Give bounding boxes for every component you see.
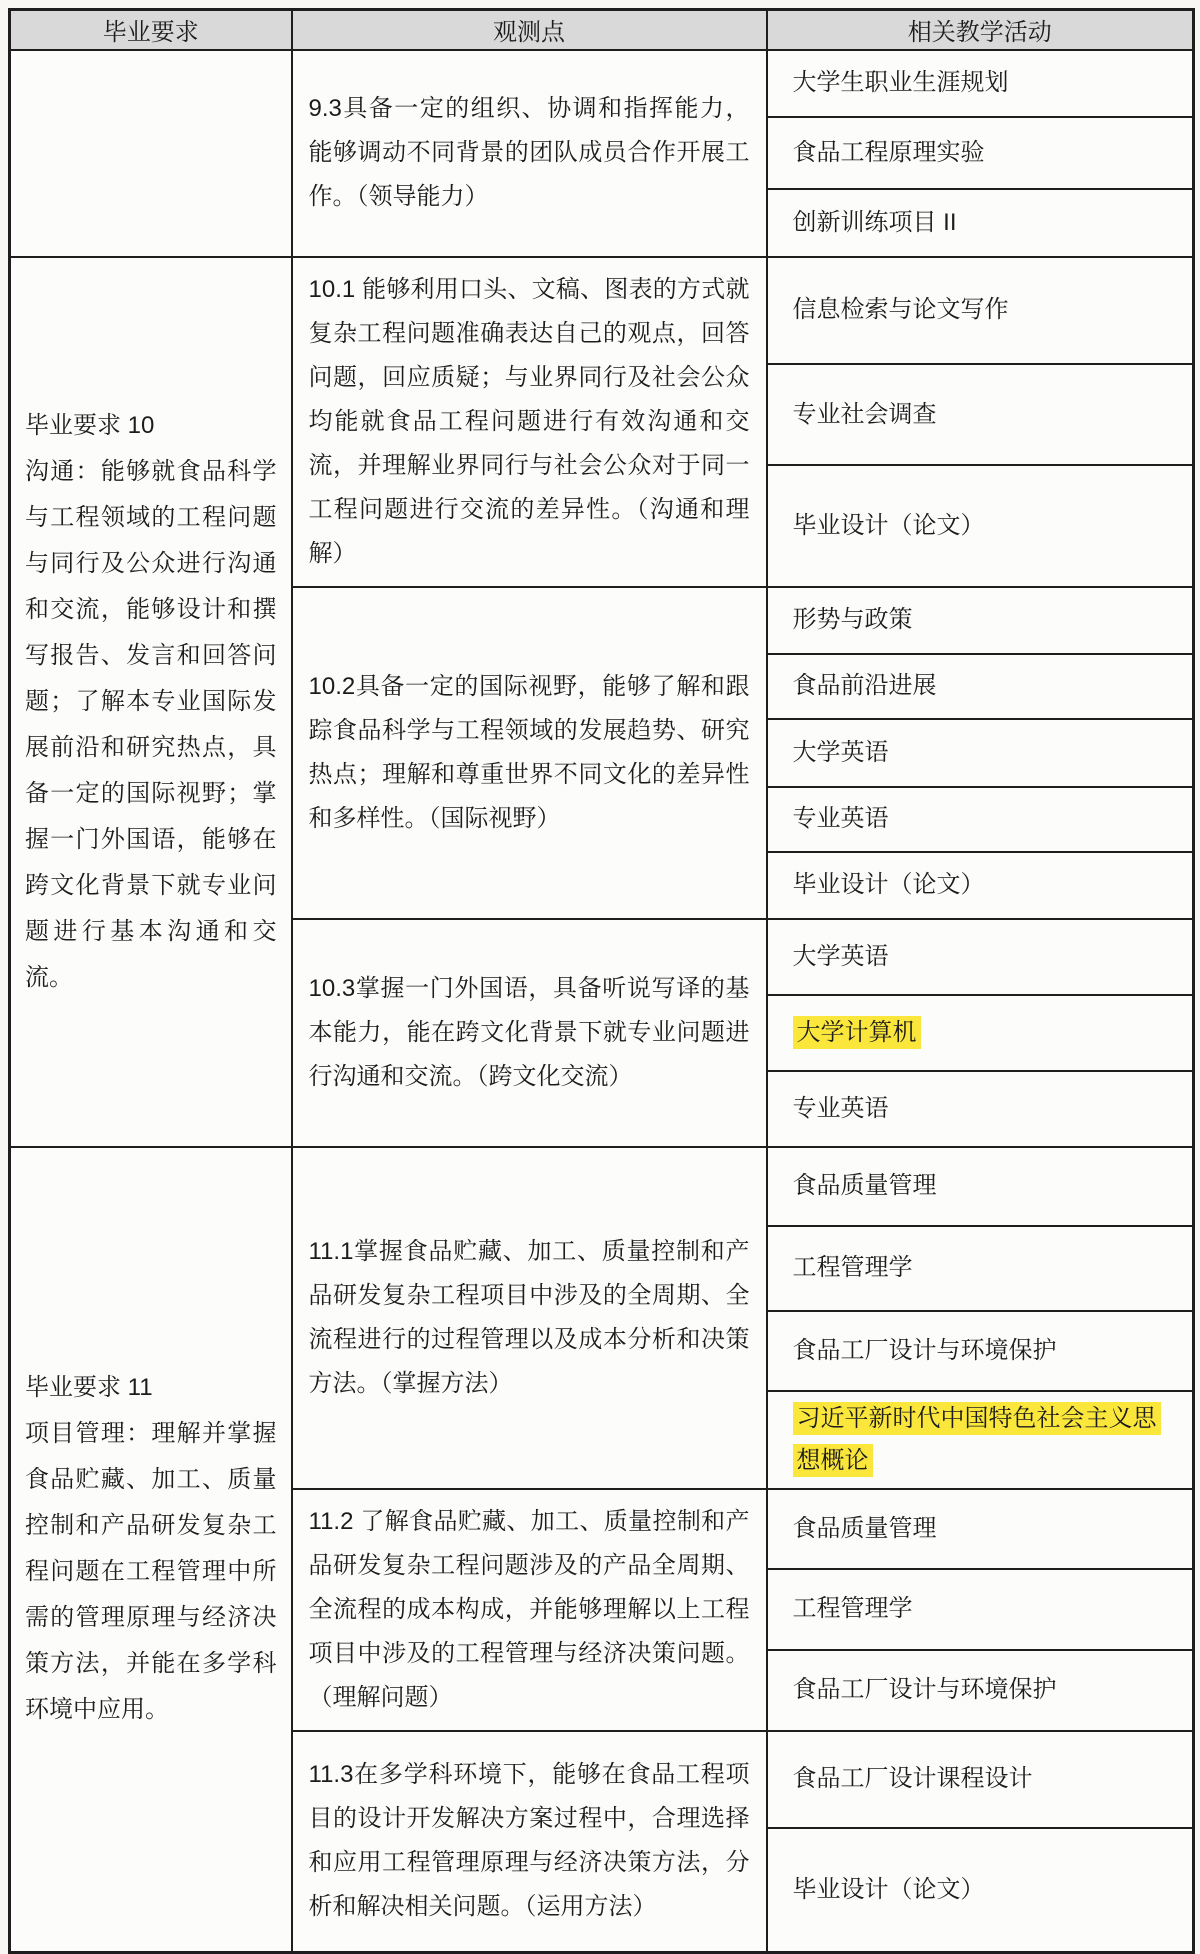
activity-cell: 专业英语 bbox=[767, 1071, 1194, 1147]
observation-cell-10-3: 10.3掌握一门外国语，具备听说写译的基本能力，能在跨文化背景下就专业问题进行沟… bbox=[292, 919, 767, 1147]
activity-cell: 毕业设计（论文） bbox=[767, 852, 1194, 919]
activity-label: 专业英语 bbox=[793, 805, 889, 832]
activity-label: 食品前沿进展 bbox=[793, 672, 937, 699]
activity-label: 专业社会调查 bbox=[793, 401, 937, 428]
activity-cell: 形势与政策 bbox=[767, 587, 1194, 654]
activity-cell: 大学生职业生涯规划 bbox=[767, 50, 1194, 117]
activity-label: 信息检索与论文写作 bbox=[793, 296, 1009, 323]
activity-label: 工程管理学 bbox=[793, 1595, 913, 1622]
activity-cell: 毕业设计（论文） bbox=[767, 1828, 1194, 1953]
observation-cell-10-2: 10.2具备一定的国际视野，能够了解和跟踪食品科学与工程领域的发展趋势、研究热点… bbox=[292, 587, 767, 919]
activity-cell: 工程管理学 bbox=[767, 1226, 1194, 1311]
activity-cell: 大学计算机 bbox=[767, 995, 1194, 1071]
activity-cell: 毕业设计（论文） bbox=[767, 465, 1194, 586]
table-row: 9.3具备一定的组织、协调和指挥能力，能够调动不同背景的团队成员合作开展工作。（… bbox=[10, 50, 1194, 117]
observation-cell-11-3: 11.3在多学科环境下，能够在食品工程项目的设计开发解决方案过程中，合理选择和应… bbox=[292, 1731, 767, 1953]
table-row: 毕业要求 10 沟通：能够就食品科学与工程领域的工程问题与同行及公众进行沟通和交… bbox=[10, 257, 1194, 364]
observation-text: 11.1掌握食品贮藏、加工、质量控制和产品研发复杂工程项目中涉及的全周期、全流程… bbox=[309, 1230, 750, 1406]
requirement-cell-9 bbox=[10, 50, 292, 257]
activity-label: 毕业设计（论文） bbox=[793, 1876, 985, 1903]
activity-label: 形势与政策 bbox=[793, 606, 913, 633]
observation-text: 10.2具备一定的国际视野，能够了解和跟踪食品科学与工程领域的发展趋势、研究热点… bbox=[309, 665, 750, 841]
requirement-cell-10: 毕业要求 10 沟通：能够就食品科学与工程领域的工程问题与同行及公众进行沟通和交… bbox=[10, 257, 292, 1147]
activity-cell: 专业社会调查 bbox=[767, 364, 1194, 466]
curriculum-mapping-table: 毕业要求 观测点 相关教学活动 9.3具备一定的组织、协调和指挥能力，能够调动不… bbox=[8, 8, 1195, 1954]
activity-label: 食品工厂设计与环境保护 bbox=[793, 1676, 1057, 1703]
activity-label: 大学英语 bbox=[793, 739, 889, 766]
observation-cell-10-1: 10.1 能够利用口头、文稿、图表的方式就复杂工程问题准确表达自己的观点，回答问… bbox=[292, 257, 767, 587]
activity-label: 食品工厂设计课程设计 bbox=[793, 1765, 1033, 1792]
activity-label-highlighted: 习近平新时代中国特色社会主义思想概论 bbox=[793, 1402, 1161, 1477]
activity-label: 工程管理学 bbox=[793, 1254, 913, 1281]
observation-cell-11-2: 11.2 了解食品贮藏、加工、质量控制和产品研发复杂工程问题涉及的产品全周期、全… bbox=[292, 1489, 767, 1731]
activity-label: 创新训练项目 II bbox=[793, 209, 957, 236]
activity-label: 大学生职业生涯规划 bbox=[793, 69, 1009, 96]
activity-cell: 食品工厂设计与环境保护 bbox=[767, 1311, 1194, 1391]
activity-cell: 食品质量管理 bbox=[767, 1147, 1194, 1226]
activity-cell: 食品质量管理 bbox=[767, 1489, 1194, 1570]
table-row: 毕业要求 11 项目管理：理解并掌握食品贮藏、加工、质量控制和产品研发复杂工程问… bbox=[10, 1147, 1194, 1226]
activity-label: 毕业设计（论文） bbox=[793, 512, 985, 539]
observation-text: 10.1 能够利用口头、文稿、图表的方式就复杂工程问题准确表达自己的观点，回答问… bbox=[309, 268, 750, 576]
observation-text: 11.3在多学科环境下，能够在食品工程项目的设计开发解决方案过程中，合理选择和应… bbox=[309, 1753, 750, 1929]
activity-label: 食品质量管理 bbox=[793, 1515, 937, 1542]
activity-cell: 工程管理学 bbox=[767, 1569, 1194, 1650]
activity-cell: 创新训练项目 II bbox=[767, 189, 1194, 257]
observation-cell-9-3: 9.3具备一定的组织、协调和指挥能力，能够调动不同背景的团队成员合作开展工作。（… bbox=[292, 50, 767, 257]
observation-text: 9.3具备一定的组织、协调和指挥能力，能够调动不同背景的团队成员合作开展工作。（… bbox=[309, 87, 750, 219]
activity-cell: 食品工厂设计与环境保护 bbox=[767, 1650, 1194, 1731]
col-header-activities: 相关教学活动 bbox=[767, 10, 1194, 50]
activity-label: 食品工程原理实验 bbox=[793, 139, 985, 166]
activity-label: 毕业设计（论文） bbox=[793, 871, 985, 898]
observation-cell-11-1: 11.1掌握食品贮藏、加工、质量控制和产品研发复杂工程项目中涉及的全周期、全流程… bbox=[292, 1147, 767, 1489]
col-header-requirement: 毕业要求 bbox=[10, 10, 292, 50]
requirement-text: 毕业要求 11 项目管理：理解并掌握食品贮藏、加工、质量控制和产品研发复杂工程问… bbox=[25, 1365, 277, 1733]
activity-cell: 食品工程原理实验 bbox=[767, 117, 1194, 189]
requirement-cell-11: 毕业要求 11 项目管理：理解并掌握食品贮藏、加工、质量控制和产品研发复杂工程问… bbox=[10, 1147, 292, 1953]
activity-label: 大学英语 bbox=[793, 943, 889, 970]
col-header-observation: 观测点 bbox=[292, 10, 767, 50]
activity-cell: 食品前沿进展 bbox=[767, 654, 1194, 719]
observation-text: 11.2 了解食品贮藏、加工、质量控制和产品研发复杂工程问题涉及的产品全周期、全… bbox=[309, 1500, 750, 1720]
activity-label: 食品质量管理 bbox=[793, 1172, 937, 1199]
observation-text: 10.3掌握一门外国语，具备听说写译的基本能力，能在跨文化背景下就专业问题进行沟… bbox=[309, 967, 750, 1099]
table-header-row: 毕业要求 观测点 相关教学活动 bbox=[10, 10, 1194, 50]
activity-cell: 大学英语 bbox=[767, 919, 1194, 995]
activity-cell: 习近平新时代中国特色社会主义思想概论 bbox=[767, 1391, 1194, 1489]
activity-label: 专业英语 bbox=[793, 1095, 889, 1122]
requirement-text: 毕业要求 10 沟通：能够就食品科学与工程领域的工程问题与同行及公众进行沟通和交… bbox=[25, 403, 277, 1001]
activity-cell: 信息检索与论文写作 bbox=[767, 257, 1194, 364]
activity-cell: 食品工厂设计课程设计 bbox=[767, 1731, 1194, 1828]
activity-cell: 专业英语 bbox=[767, 787, 1194, 852]
activity-label-highlighted: 大学计算机 bbox=[793, 1016, 921, 1049]
activity-cell: 大学英语 bbox=[767, 719, 1194, 787]
activity-label: 食品工厂设计与环境保护 bbox=[793, 1337, 1057, 1364]
